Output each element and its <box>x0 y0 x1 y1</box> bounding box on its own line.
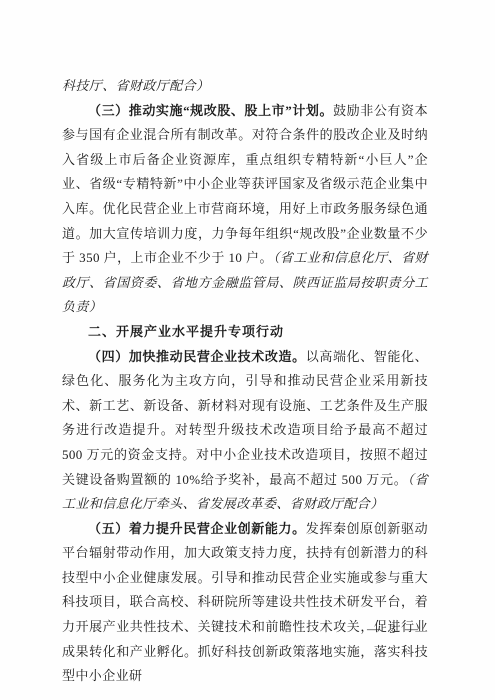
paragraph-item-3: （三）推动实施“规改股、股上市”计划。鼓励非公有资本参与国有企业混合所有制改革。… <box>62 99 428 320</box>
item-4-heading: （四）加快推动民营企业技术改造。 <box>88 349 306 364</box>
section-2-heading: 二、开展产业水平提升专项行动 <box>62 320 428 345</box>
paragraph-continuation: 科技厅、省财政厅配合） <box>62 74 428 99</box>
document-body: 科技厅、省财政厅配合） （三）推动实施“规改股、股上市”计划。鼓励非公有资本参与… <box>62 74 428 689</box>
paragraph-item-5: （五）着力提升民营企业创新能力。发挥秦创原创新驱动平台辐射带动作用，加大政策支持… <box>62 517 428 689</box>
item-5-heading: （五）着力提升民营企业创新能力。 <box>88 521 306 536</box>
responsibility-note-continuation: 科技厅、省财政厅配合） <box>62 78 209 93</box>
document-page: 科技厅、省财政厅配合） （三）推动实施“规改股、股上市”计划。鼓励非公有资本参与… <box>0 0 495 700</box>
paragraph-item-4: （四）加快推动民营企业技术改造。以高端化、智能化、绿色化、服务化为主攻方向，引导… <box>62 345 428 517</box>
item-3-heading: （三）推动实施“规改股、股上市”计划。 <box>88 103 333 118</box>
item-3-body: 鼓励非公有资本参与国有企业混合所有制改革。对符合条件的股改企业及时纳入省级上市后… <box>62 103 428 266</box>
item-5-body: 发挥秦创原创新驱动平台辐射带动作用，加大政策支持力度，扶持有创新潜力的科技型中小… <box>62 521 428 684</box>
page-number: — 3 — <box>367 621 421 637</box>
item-4-body: 以高端化、智能化、绿色化、服务化为主攻方向，引导和推动民营企业采用新技术、新工艺… <box>62 349 428 487</box>
